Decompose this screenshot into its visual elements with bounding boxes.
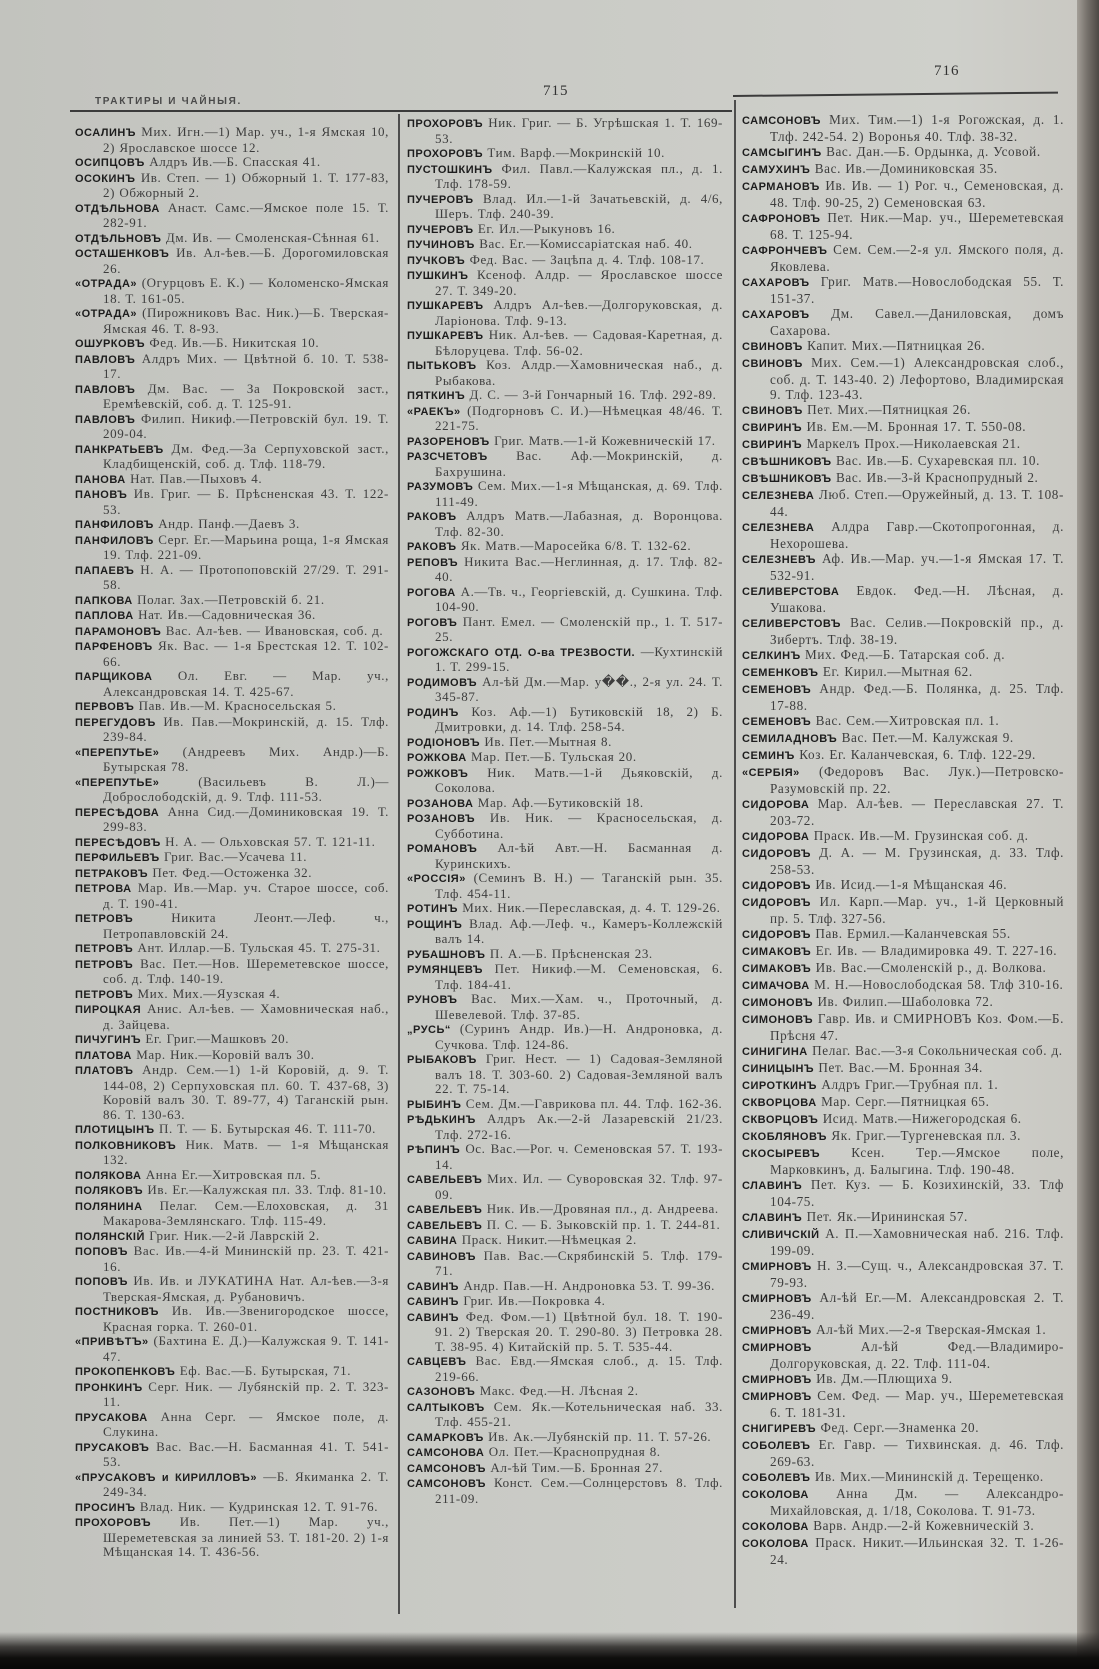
directory-entry: САЛТЫКОВЪ Сем. Як.—Котельническая наб. 3…	[407, 1400, 723, 1430]
directory-entry: СВИНОВЪ Капит. Мих.—Пятницкая 26.	[742, 338, 1064, 355]
entry-name: СЕМИНЪ	[742, 750, 795, 762]
entry-name: СОКОЛОВА	[742, 1538, 809, 1550]
entry-name: РУМЯНЦЕВЪ	[407, 964, 483, 976]
entry-name: РѢДЬКИНЪ	[407, 1114, 476, 1126]
entry-name: СИДОРОВЪ	[742, 848, 811, 860]
directory-entry: САФРОНЧЕВЪ Сем. Сем.—2-я ул. Ямского пол…	[742, 242, 1064, 274]
entry-name: СИМАЧОВА	[742, 980, 810, 992]
entry-name: СКОБЛЯНОВЪ	[742, 1131, 827, 1143]
entry-details: Ег. Ив. — Владимировка 49. Т. 227-16.	[816, 943, 1058, 958]
entry-name: ПЕРЕСѢДОВА	[75, 807, 159, 819]
entry-details: Фед. Вас. — Зацѣпа д. 4. Тлф. 108-17.	[470, 252, 705, 267]
directory-entry: ПОПОВЪ Ив. Ив. и ЛУКАТИНА Нат. Ал-ѣев.—3…	[75, 1274, 389, 1304]
entry-details: Фед. Фом.—1) Цвѣтной бул. 18. Т. 190-91.…	[435, 1309, 723, 1354]
entry-name: СМИРНОВЪ	[742, 1342, 812, 1354]
entry-details: Макс. Фед.—Н. Лѣсная 2.	[480, 1383, 639, 1398]
entry-name: РЕПОВЪ	[407, 557, 458, 569]
directory-entry: «РОССІЯ» (Семинъ В. Н.) — Таганскій рын.…	[407, 871, 723, 901]
directory-entry: СКВОРЦОВЪ Исид. Матв.—Нижегородская 6.	[742, 1111, 1064, 1128]
entry-name: СЕМЕНОВЪ	[742, 716, 811, 728]
directory-entry: ПОЛЯКОВА Анна Ег.—Хитровская пл. 5.	[75, 1168, 389, 1184]
entry-name: ОСАЛИНЪ	[75, 127, 136, 139]
directory-entry: ПУЧЕРОВЪ Влад. Ил.—1-й Зачатьевскій, д. …	[407, 192, 723, 222]
directory-entry: РЫБАКОВЪ Григ. Нест. — 1) Садовая-Землян…	[407, 1052, 723, 1097]
entry-details: Ив. Григ. — Б. Прѣсненская 43. Т. 122-53…	[103, 486, 389, 517]
entry-details: П. Т. — Б. Бутырская 46. Т. 111-70.	[159, 1121, 376, 1136]
entry-details: Вас. Евд.—Ямская слоб., д. 15. Тлф. 219-…	[435, 1353, 723, 1384]
entry-name: СИМОНОВЪ	[742, 1014, 813, 1026]
entry-name: РОЗАНОВЪ	[407, 813, 475, 825]
entry-details: Пет. Куз. — Б. Козихинскій, 33. Тлф 104-…	[770, 1177, 1064, 1209]
entry-name: ОШУРКОВЪ	[75, 338, 145, 350]
entry-details: (Пирожниковъ Вас. Ник.)—Б. Тверская-Ямск…	[103, 305, 389, 336]
entry-name: ПАНОВА	[75, 474, 126, 486]
entry-name: САВИНЪ	[407, 1312, 459, 1324]
entry-name: САВЕЛЬЕВЪ	[407, 1220, 482, 1232]
entry-name: СИДОРОВА	[742, 831, 809, 843]
entry-name: ПАВЛОВЪ	[75, 414, 135, 426]
entry-name: ПОПОВЪ	[75, 1276, 128, 1288]
entry-details: Коз. Аф.—1) Бутиковскій 18, 2) Б. Дмитро…	[435, 704, 723, 735]
directory-entry: ПАПКОВА Полаг. Зах.—Петровскій б. 21.	[75, 593, 389, 609]
entry-name: ПРУСАКОВЪ	[75, 1442, 149, 1454]
directory-entry: САВИНЪ Григ. Ив.—Покровка 4.	[407, 1294, 723, 1310]
directory-entry: ПАНОВЪ Ив. Григ. — Б. Прѣсненская 43. Т.…	[75, 487, 389, 517]
entry-name: СЕЛИВЕРСТОВЪ	[742, 618, 841, 630]
entry-name: СКОСЫРЕВЪ	[742, 1148, 820, 1160]
directory-entry: ПЛАТОВА Мар. Ник.—Коровій валъ 30.	[75, 1048, 389, 1064]
entry-name: СНИГИРЕВЪ	[742, 1423, 816, 1435]
directory-entry: «РАЕКЪ» (Подгорновъ С. И.)—Нѣмецкая 48/4…	[407, 404, 723, 434]
entry-details: Вас. Ив.—3-й Краснопрудный 2.	[836, 470, 1038, 485]
entry-details: Ег. Григ.—Машковъ 20.	[145, 1031, 289, 1046]
entry-name: ПАВЛОВЪ	[75, 354, 135, 366]
entry-details: Мар. Ал-ѣев. — Переславская 27. Т. 203-7…	[770, 796, 1064, 828]
directory-entry: ПРОХОРОВЪ Ник. Григ. — Б. Угрѣшская 1. Т…	[407, 116, 723, 146]
entry-name: «РОССІЯ»	[407, 873, 466, 885]
entry-name: СИМАКОВЪ	[742, 963, 811, 975]
entry-details: Вас. Пет.—Нов. Шереметевское шоссе, соб.…	[103, 956, 389, 987]
entry-name: ПУЧЕРОВЪ	[407, 224, 474, 236]
entry-name: СМИРНОВЪ	[742, 1325, 812, 1337]
entry-name: ОТДѢЛЬНОВА	[75, 203, 160, 215]
entry-details: П. А.—Б. Прѣсненская 23.	[490, 946, 653, 961]
entry-name: РОМАНОВЪ	[407, 843, 477, 855]
directory-entry: САЗОНОВЪ Макс. Фед.—Н. Лѣсная 2.	[407, 1384, 723, 1400]
entry-name: САМСОНОВЪ	[407, 1463, 486, 1475]
directory-entry: ПЕТРОВЪ Ант. Иллар.—Б. Тульская 45. Т. 2…	[75, 941, 389, 957]
entry-name: СЛАВИНЪ	[742, 1212, 802, 1224]
entry-name: РОЩИНЪ	[407, 919, 462, 931]
directory-entry: СЛИВИЧСКІЙ А. П.—Хамовническая наб. 216.…	[742, 1226, 1064, 1258]
entry-details: Ал-ѣй Тим.—Б. Бронная 27.	[490, 1460, 663, 1475]
entry-details: Ксеноф. Алдр. — Ярославское шоссе 27. Т.…	[435, 267, 723, 298]
directory-entry: «ОТРАДА» (Огурцовъ Е. К.) — Коломенско-Я…	[75, 276, 389, 306]
entry-name: СОБОЛЕВЪ	[742, 1440, 810, 1452]
entry-details: Вас. Ег.—Комиссаріатская наб. 40.	[479, 236, 692, 251]
directory-entry: ПЕТРОВЪ Вас. Пет.—Нов. Шереметевское шос…	[75, 957, 389, 987]
entry-name: ПОЛКОВНИКОВЪ	[75, 1140, 176, 1152]
directory-entry: ПОПОВЪ Вас. Ив.—4-й Мининскій пр. 23. Т.…	[75, 1244, 389, 1274]
directory-entry: СИНИЦЫНЪ Пет. Вас.—М. Бронная 34.	[742, 1060, 1064, 1077]
entry-name: ПАПАЕВЪ	[75, 565, 134, 577]
entry-details: Андр. Сем.—1) 1-й Коровій, д. 9. Т. 144-…	[103, 1062, 389, 1122]
entry-name: СЕЛЕЗНЕВЪ	[742, 554, 816, 566]
entry-details: Варв. Андр.—2-й Кожевническій 3.	[813, 1518, 1034, 1533]
directory-entry: СИДОРОВЪ Ил. Карп.—Мар. уч., 1-й Церковн…	[742, 894, 1064, 926]
directory-entry: СМИРНОВЪ Сем. Фед. — Мар. уч., Шереметев…	[742, 1388, 1064, 1420]
entry-name: САВИНЪ	[407, 1296, 459, 1308]
header-rule-left-page	[70, 110, 732, 112]
entry-name: СМИРНОВЪ	[742, 1374, 812, 1386]
entry-details: Ив. Мих.—Мининскій д. Терещенко.	[815, 1469, 1044, 1484]
entry-name: САВИНЪ	[407, 1281, 459, 1293]
directory-entry: ПИЧУГИНЪ Ег. Григ.—Машковъ 20.	[75, 1032, 389, 1048]
entry-details: Ил. Карп.—Мар. уч., 1-й Церковный пр. 5.…	[770, 894, 1064, 926]
directory-entry: САМСОНОВЪ Конст. Сем.—Солнцерстовъ 8. Тл…	[407, 1476, 723, 1506]
entry-name: ПАНОВЪ	[75, 489, 127, 501]
directory-entry: ПЕРЕСѢДОВА Анна Сид.—Доминиковская 19. Т…	[75, 805, 389, 835]
directory-entry: ОСИПЦОВЪ Алдръ Ив.—Б. Спасская 41.	[75, 155, 389, 171]
entry-details: Сем. Дм.—Гаврикова пл. 44. Тлф. 162-36.	[466, 1096, 723, 1111]
directory-entry: СИДОРОВЪ Д. А. — М. Грузинская, д. 33. Т…	[742, 845, 1064, 877]
directory-entry: ПЛАТОВЪ Андр. Сем.—1) 1-й Коровій, д. 9.…	[75, 1063, 389, 1122]
entry-name: «ОТРАДА»	[75, 278, 137, 290]
directory-entry: ПРОХОРОВЪ Тим. Варф.—Мокринскій 10.	[407, 146, 723, 162]
directory-entry: РАЗОРЕНОВЪ Григ. Матв.—1-й Кожевническій…	[407, 434, 723, 450]
column-divider-2	[734, 100, 736, 1608]
directory-entry: СКОБЛЯНОВЪ Як. Григ.—Тургеневская пл. 3.	[742, 1128, 1064, 1145]
directory-entry: РОДИНЪ Коз. Аф.—1) Бутиковскій 18, 2) Б.…	[407, 705, 723, 735]
entry-name: СВѢШНИКОВЪ	[742, 456, 832, 468]
directory-entry: СМИРНОВЪ Н. З.—Сущ. ч., Александровская …	[742, 1258, 1064, 1290]
directory-entry: СМИРНОВЪ Ал-ѣй Фед.—Владимиро-Долгоруков…	[742, 1339, 1064, 1371]
entry-details: Мих. Фед.—Б. Татарская соб. д.	[805, 647, 1005, 662]
entry-name: ПАРФЕНОВЪ	[75, 641, 153, 653]
entry-name: СВИРИНЪ	[742, 439, 802, 451]
directory-entry: СИМОНОВЪ Гавр. Ив. и СМИРНОВЪ Коз. Фом.—…	[742, 1011, 1064, 1043]
scan-bottom-shadow	[0, 1632, 1099, 1669]
entry-name: СИМОНОВЪ	[742, 997, 813, 1009]
entry-name: ПЕТРОВЪ	[75, 913, 133, 925]
entry-details: Н. З.—Сущ. ч., Александровская 37. Т. 79…	[770, 1258, 1064, 1290]
entry-details: Д. С. — 3-й Гончарный 16. Тлф. 292-89.	[470, 387, 717, 402]
entry-name: ПРОСИНЪ	[75, 1502, 136, 1514]
entry-details: Вас. Сем.—Хитровская пл. 1.	[816, 713, 1000, 728]
entry-details: Пав. Ермил.—Каланчевская 55.	[815, 926, 1010, 941]
directory-entry: РОЖКОВА Мар. Пет.—Б. Тульская 20.	[407, 750, 723, 766]
directory-entry: РАЗСЧЕТОВЪ Вас. Аф.—Мокринскій, д. Бахру…	[407, 449, 723, 479]
entry-details: Коз. Ег. Каланчевская, 6. Тлф. 122-29.	[799, 747, 1036, 762]
book-page-edge	[1077, 0, 1099, 1669]
directory-entry: ПЯТКИНЪ Д. С. — 3-й Гончарный 16. Тлф. 2…	[407, 388, 723, 404]
entry-name: СИРОТКИНЪ	[742, 1080, 817, 1092]
directory-entry: ПУЧКОВЪ Фед. Вас. — Зацѣпа д. 4. Тлф. 10…	[407, 253, 723, 269]
entry-details: Ал-ѣй Фед.—Владимиро-Долгоруковская, д. …	[770, 1339, 1064, 1371]
entry-name: САФРОНОВЪ	[742, 213, 820, 225]
directory-entry: ОШУРКОВЪ Фед. Ив.—Б. Никитская 10.	[75, 336, 389, 352]
directory-entry: ОСАЛИНЪ Мих. Игн.—1) Мар. уч., 1-я Ямска…	[75, 125, 389, 155]
entry-details: Ив. Филип.—Шаболовка 72.	[817, 994, 993, 1009]
entry-details: Исид. Матв.—Нижегородская 6.	[823, 1111, 1022, 1126]
directory-entry: ОСОКИНЪ Ив. Степ. — 1) Обжорный 1. Т. 17…	[75, 171, 389, 201]
directory-entry: ОТДѢЛЬНОВЪ Дм. Ив. — Смоленская-Сѣнная 6…	[75, 231, 389, 247]
entry-details: П. С. — Б. Зыковскій пр. 1. Т. 244-81.	[487, 1217, 721, 1232]
directory-entry: ПЕТРОВЪ Никита Леонт.—Леф. ч., Петропавл…	[75, 911, 389, 941]
entry-details: (Суринъ Андр. Ив.)—Н. Андроновка, д. Суч…	[435, 1021, 723, 1052]
directory-entry: САВЕЛЬЕВЪ Мих. Ил. — Суворовская 32. Тлф…	[407, 1172, 723, 1202]
entry-details: Ник. Матв.—1-й Дьяковскій, д. Соколова.	[435, 765, 723, 796]
entry-name: ПАРЩИКОВА	[75, 671, 152, 683]
entry-details: Мих. Сем.—1) Александровская слоб., соб.…	[770, 355, 1064, 402]
entry-details: Влад. Ил.—1-й Зачатьевскій, д. 4/6, Шеръ…	[435, 191, 723, 222]
entry-details: (Подгорновъ С. И.)—Нѣмецкая 48/46. Т. 22…	[435, 403, 723, 434]
entry-details: Анис. Ал-ѣев. — Хамовническая наб., д. З…	[103, 1001, 389, 1032]
entry-name: РАЗОРЕНОВЪ	[407, 436, 490, 448]
entry-details: Н. А. — Протопоповскій 27/29. Т. 291-58.	[103, 562, 389, 593]
entry-details: Вас. Пет.—М. Калужская 9.	[842, 730, 1014, 745]
entry-details: Дм. Ив. — Смоленская-Сѣнная 61.	[166, 230, 380, 245]
entry-details: Вас. Ив.—Б. Сухаревская пл. 10.	[836, 453, 1040, 468]
entry-details: Мар. Пет.—Б. Тульская 20.	[471, 749, 637, 764]
entry-details: Ег. Гавр. — Тихвинская. д. 46. Тлф. 269-…	[770, 1437, 1064, 1469]
directory-entry: ПЕТРАКОВЪ Пет. Фед.—Остоженка 32.	[75, 866, 389, 882]
entry-name: «ПЕРЕПУТЬЕ»	[75, 747, 159, 759]
entry-name: САХАРОВЪ	[742, 277, 810, 289]
entry-details: Ив. Ег.—Калужская пл. 33. Тлф. 81-10.	[147, 1182, 386, 1197]
entry-details: Григ. Вас.—Усачева 11.	[164, 849, 307, 864]
entry-details: Мих. Игн.—1) Мар. уч., 1-я Ямская 10, 2)…	[103, 124, 389, 155]
directory-entry: РОДИМОВЪ Ал-ѣй Дм.—Мар. у��., 2-я ул. 24…	[407, 675, 723, 705]
entry-details: Нат. Пав.—Пыховъ 4.	[130, 471, 262, 486]
entry-details: Дм. Вас. — За Покровской заст., Еремѣевс…	[103, 381, 389, 412]
entry-name: ПЕРВОВЪ	[75, 701, 134, 713]
entry-details: Як. Григ.—Тургеневская пл. 3.	[831, 1128, 1021, 1143]
entry-name: СЕЛЕЗНЕВА	[742, 522, 814, 534]
directory-entry: САВЕЛЬЕВЪ Ник. Ив.—Дровяная пл., д. Андр…	[407, 1202, 723, 1218]
directory-entry: РЕПОВЪ Никита Вас.—Неглинная, д. 17. Тлф…	[407, 555, 723, 585]
directory-entry: САВИНЪ Андр. Пав.—Н. Андроновка 53. Т. 9…	[407, 1279, 723, 1295]
directory-entry: САМСЫГИНЪ Вас. Дан.—Б. Ордынка, д. Усово…	[742, 144, 1064, 161]
directory-entry: САВИНА Праск. Никит.—Нѣмецкая 2.	[407, 1233, 723, 1249]
directory-entry: СНИГИРЕВЪ Фед. Серг.—Знаменка 20.	[742, 1420, 1064, 1437]
entry-name: ПАРАМОНОВЪ	[75, 626, 161, 638]
entry-name: «ПРУСАКОВЪ и КИРИЛЛОВЪ»	[75, 1472, 257, 1484]
directory-entry: ПОЛЯНИНА Пелаг. Сем.—Елоховская, д. 31 М…	[75, 1199, 389, 1229]
directory-entry: СИДОРОВА Мар. Ал-ѣев. — Переславская 27.…	[742, 796, 1064, 828]
directory-entry: „РУСЬ“ (Суринъ Андр. Ив.)—Н. Андроновка,…	[407, 1022, 723, 1052]
entry-details: Полаг. Зах.—Петровскій б. 21.	[137, 592, 325, 607]
entry-name: РЫБАКОВЪ	[407, 1054, 477, 1066]
entry-details: Д. А. — М. Грузинская, д. 33. Тлф. 258-5…	[770, 845, 1064, 877]
entry-details: Ал-ѣй Ег.—М. Александровская 2. Т. 236-4…	[770, 1290, 1064, 1322]
directory-entry: ПЛОТИЦЫНЪ П. Т. — Б. Бутырская 46. Т. 11…	[75, 1122, 389, 1138]
entry-details: А.—Тв. ч., Георгіевскій, д. Сушкина. Тлф…	[435, 584, 723, 615]
entry-name: ПУШКАРЕВЪ	[407, 300, 484, 312]
entry-name: ПЛАТОВЪ	[75, 1065, 133, 1077]
page-715-column-2: ПРОХОРОВЪ Ник. Григ. — Б. Угрѣшская 1. Т…	[407, 116, 723, 1506]
entry-details: Ив. Степ. — 1) Обжорный 1. Т. 177-83, 2)…	[103, 170, 389, 201]
entry-details: Ив. Вас.—Смоленскій р., д. Волкова.	[816, 960, 1047, 975]
entry-details: Ник. Ив.—Дровяная пл., д. Андреева.	[487, 1201, 719, 1216]
directory-entry: САХАРОВЪ Григ. Матв.—Новослободская 55. …	[742, 274, 1064, 306]
directory-entry: САХАРОВЪ Дм. Савел.—Даниловская, домъ Са…	[742, 306, 1064, 338]
entry-name: САВИНОВЪ	[407, 1251, 476, 1263]
entry-details: Капит. Мих.—Пятницкая 26.	[807, 338, 985, 353]
directory-entry: СЛАВИНЪ Пет. Як.—Ирининская 57.	[742, 1209, 1064, 1226]
entry-name: ПУСТОШКИНЪ	[407, 164, 493, 176]
entry-details: Алдра Гавр.—Скотопрогонная, д. Нехорошев…	[770, 519, 1064, 551]
directory-entry: СЕМИЛАДНОВЪ Вас. Пет.—М. Калужская 9.	[742, 730, 1064, 747]
directory-entry: СВИНОВЪ Мих. Сем.—1) Александровская сло…	[742, 355, 1064, 402]
directory-entry: РОГОВЪ Пант. Емел. — Смоленскій пр., 1. …	[407, 615, 723, 645]
entry-details: Григ. Ив.—Покровка 4.	[463, 1293, 605, 1308]
directory-entry: СИМОНОВЪ Ив. Филип.—Шаболовка 72.	[742, 994, 1064, 1011]
directory-entry: СИРОТКИНЪ Алдръ Григ.—Трубная пл. 1.	[742, 1077, 1064, 1094]
directory-entry: САМСОНОВЪ Ал-ѣй Тим.—Б. Бронная 27.	[407, 1461, 723, 1477]
entry-name: СОБОЛЕВЪ	[742, 1472, 810, 1484]
entry-name: РАЗУМОВЪ	[407, 481, 473, 493]
entry-name: ПОЛЯНСКІЙ	[75, 1231, 145, 1243]
directory-entry: СОКОЛОВА Праск. Никит.—Ильинская 32. Т. …	[742, 1535, 1064, 1567]
entry-name: ПЕТРОВЪ	[75, 943, 133, 955]
entry-name: РАКОВЪ	[407, 511, 457, 523]
entry-name: «ПЕРЕПУТЬЕ»	[75, 777, 159, 789]
directory-entry: РОЗАНОВА Мар. Аф.—Бутиковскій 18.	[407, 796, 723, 812]
entry-details: (Семинъ В. Н.) — Таганскій рын. 35. Тлф.…	[435, 870, 723, 901]
entry-name: САВЦЕВЪ	[407, 1356, 466, 1368]
directory-entry: ПРОХОРОВЪ Ив. Пет.—1) Мар. уч., Шеремете…	[75, 1515, 389, 1560]
directory-entry: ПРУСАКОВА Анна Серг. — Ямское поле, д. С…	[75, 1410, 389, 1440]
entry-details: Анна Дм. — Александро-Михайловская, д. 1…	[770, 1486, 1064, 1518]
entry-name: ПУЧЕРОВЪ	[407, 194, 474, 206]
entry-name: РУНОВЪ	[407, 994, 458, 1006]
entry-name: РЫБИНЪ	[407, 1099, 461, 1111]
entry-details: Фед. Ив.—Б. Никитская 10.	[149, 335, 319, 350]
entry-name: ПРУСАКОВА	[75, 1412, 148, 1424]
entry-name: ПЛАТОВА	[75, 1050, 132, 1062]
directory-entry: САВИНЪ Фед. Фом.—1) Цвѣтной бул. 18. Т. …	[407, 1310, 723, 1355]
entry-name: ПЕТРАКОВЪ	[75, 868, 148, 880]
entry-name: РѢПИНЪ	[407, 1144, 460, 1156]
entry-details: Маркелъ Прох.—Николаевская 21.	[806, 436, 1020, 451]
directory-entry: СИДОРОВЪ Ив. Исид.—1-я Мѣщанская 46.	[742, 877, 1064, 894]
entry-name: САРМАНОВЪ	[742, 181, 820, 193]
directory-entry: ПАРЩИКОВА Ол. Евг. — Мар. уч., Александр…	[75, 669, 389, 699]
directory-entry: «ПЕРЕПУТЬЕ» (Васильевъ В. Л.)—Доброслобо…	[75, 775, 389, 805]
directory-entry: «СЕРБІЯ» (Федоровъ Вас. Лук.)—Петровско-…	[742, 764, 1064, 796]
entry-name: СИДОРОВЪ	[742, 897, 811, 909]
entry-name: РОДИМОВЪ	[407, 677, 477, 689]
entry-name: ОТДѢЛЬНОВЪ	[75, 233, 162, 245]
entry-name: САЗОНОВЪ	[407, 1386, 475, 1398]
entry-name: ПОЛЯНИНА	[75, 1201, 143, 1213]
running-head: ТРАКТИРЫ И ЧАЙНЫЯ.	[95, 96, 242, 107]
entry-details: Вас. Дан.—Б. Ордынка, д. Усовой.	[826, 144, 1041, 159]
directory-entry: ПЕТРОВЪ Мих. Мих.—Яузская 4.	[75, 987, 389, 1003]
entry-details: Фед. Серг.—Знаменка 20.	[820, 1420, 979, 1435]
directory-entry: СОКОЛОВА Варв. Андр.—2-й Кожевническій 3…	[742, 1518, 1064, 1535]
directory-entry: СЕЛЕЗНЕВА Алдра Гавр.—Скотопрогонная, д.…	[742, 519, 1064, 551]
entry-name: СВИНОВЪ	[742, 405, 803, 417]
entry-name: РОЖКОВА	[407, 752, 467, 764]
entry-name: ПУШКАРЕВЪ	[407, 330, 484, 342]
entry-name: ПЯТКИНЪ	[407, 390, 465, 402]
entry-details: Мих. Ник.—Переславская, д. 4. Т. 129-26.	[462, 900, 720, 915]
directory-entry: РАКОВЪ Алдръ Матв.—Лабазная, д. Воронцов…	[407, 509, 723, 539]
entry-details: Тим. Варф.—Мокринскій 10.	[487, 145, 665, 160]
directory-entry: САФРОНОВЪ Пет. Ник.—Мар. уч., Шереметевс…	[742, 210, 1064, 242]
entry-name: ПОЛЯКОВА	[75, 1170, 141, 1182]
entry-name: ПРОХОРОВЪ	[407, 148, 483, 160]
directory-entry: ПЕТРОВА Мар. Ив.—Мар. уч. Старое шоссе, …	[75, 881, 389, 911]
directory-entry: ПАНОВА Нат. Пав.—Пыховъ 4.	[75, 472, 389, 488]
directory-entry: ПАРФЕНОВЪ Як. Вас. — 1-я Брестская 12. Т…	[75, 639, 389, 669]
entry-name: СВѢШНИКОВЪ	[742, 473, 832, 485]
entry-details: Ег. Ил.—Рыкуновъ 16.	[478, 221, 616, 236]
directory-entry: ПЕРЕГУДОВЪ Ив. Пав.—Мокринскій, д. 15. Т…	[75, 715, 389, 745]
entry-details: Андр. Пав.—Н. Андроновка 53. Т. 99-36.	[463, 1278, 715, 1293]
page-715-column-1: ОСАЛИНЪ Мих. Игн.—1) Мар. уч., 1-я Ямска…	[75, 125, 389, 1560]
directory-entry: СОБОЛЕВЪ Ив. Мих.—Мининскій д. Терещенко…	[742, 1469, 1064, 1486]
entry-details: Вас. Ал-ѣев. — Ивановская, соб. д.	[166, 623, 384, 638]
page-number-left: 715	[543, 83, 569, 100]
entry-details: Григ. Матв.—Новослободская 55. Т. 151-37…	[770, 274, 1064, 306]
entry-details: М. Н.—Новослободская 58. Тлф 310-16.	[814, 977, 1063, 992]
directory-entry: «ПРИВѢТЪ» (Бахтина Е. Д.)—Калужская 9. Т…	[75, 1334, 389, 1364]
directory-entry: РУМЯНЦЕВЪ Пет. Никиф.—М. Семеновская, 6.…	[407, 962, 723, 992]
entry-details: Никита Леонт.—Леф. ч., Петропавловскій 2…	[103, 910, 389, 941]
directory-entry: ПОЛЯНСКІЙ Григ. Ник.—2-й Лаврскій 2.	[75, 1229, 389, 1245]
directory-entry: СВИРИНЪ Ив. Ем.—М. Бронная 17. Т. 550-08…	[742, 419, 1064, 436]
entry-name: СМИРНОВЪ	[742, 1261, 812, 1273]
entry-name: РОГОЖСКАГО ОТД. О-ва ТРЕЗВОСТИ.	[407, 647, 635, 659]
directory-entry: САВЦЕВЪ Вас. Евд.—Ямская слоб., д. 15. Т…	[407, 1354, 723, 1384]
entry-details: Мар. Аф.—Бутиковскій 18.	[478, 795, 644, 810]
directory-entry: ПЕРЕСѢДОВЪ Н. А. — Ольховская 57. Т. 121…	[75, 835, 389, 851]
directory-entry: СЕМИНЪ Коз. Ег. Каланчевская, 6. Тлф. 12…	[742, 747, 1064, 764]
entry-name: ПИРОЦКАЯ	[75, 1004, 141, 1016]
entry-name: СИДОРОВЪ	[742, 880, 811, 892]
entry-name: САХАРОВЪ	[742, 309, 810, 321]
entry-name: СИДОРОВА	[742, 799, 809, 811]
entry-details: Коз. Алдр.—Хамовническая наб., д. Рыбако…	[435, 357, 723, 388]
entry-details: Як. Матв.—Маросейка 6/8. Т. 132-62.	[461, 538, 691, 553]
entry-details: Алдръ Матв.—Лабазная, д. Воронцова. Тлф.…	[435, 508, 723, 539]
directory-entry: ОТДѢЛЬНОВА Анаст. Самс.—Ямское поле 15. …	[75, 201, 389, 231]
entry-name: ПРОНКИНЪ	[75, 1382, 143, 1394]
entry-name: «СЕРБІЯ»	[742, 767, 800, 779]
entry-name: РОЗАНОВА	[407, 798, 473, 810]
entry-name: СЕЛКИНЪ	[742, 650, 801, 662]
entry-details: Еф. Вас.—Б. Бутырская, 71.	[180, 1363, 351, 1378]
entry-name: СИНИЦЫНЪ	[742, 1063, 814, 1075]
entry-details: Григ. Нест. — 1) Садовая-Земляной валъ 1…	[435, 1051, 723, 1096]
directory-entry: САМУХИНЪ Вас. Ив.—Доминиковская 35.	[742, 161, 1064, 178]
entry-details: Люб. Степ.—Оружейный, д. 13. Т. 108-44.	[770, 487, 1064, 519]
directory-entry: РАКОВЪ Як. Матв.—Маросейка 6/8. Т. 132-6…	[407, 539, 723, 555]
entry-name: РОГОВА	[407, 587, 456, 599]
entry-details: Андр. Панф.—Даевъ 3.	[158, 516, 300, 531]
directory-entry: ПУЧИНОВЪ Вас. Ег.—Комиссаріатская наб. 4…	[407, 237, 723, 253]
directory-entry: РѢПИНЪ Ос. Вас.—Рог. ч. Семеновская 57. …	[407, 1142, 723, 1172]
entry-details: (Федоровъ Вас. Лук.)—Петровско-Разумовск…	[770, 764, 1064, 796]
entry-details: (Огурцовъ Е. К.) — Коломенско-Ямская 18.…	[103, 275, 389, 306]
directory-entry: СВѢШНИКОВЪ Вас. Ив.—Б. Сухаревская пл. 1…	[742, 453, 1064, 470]
entry-details: Филип. Никиф.—Петровскій бул. 19. Т. 209…	[103, 411, 389, 442]
directory-entry: ПАПЛОВА Нат. Ив.—Садовническая 36.	[75, 608, 389, 624]
directory-entry: ПОЛКОВНИКОВЪ Ник. Матв. — 1-я Мѣщанская …	[75, 1138, 389, 1168]
